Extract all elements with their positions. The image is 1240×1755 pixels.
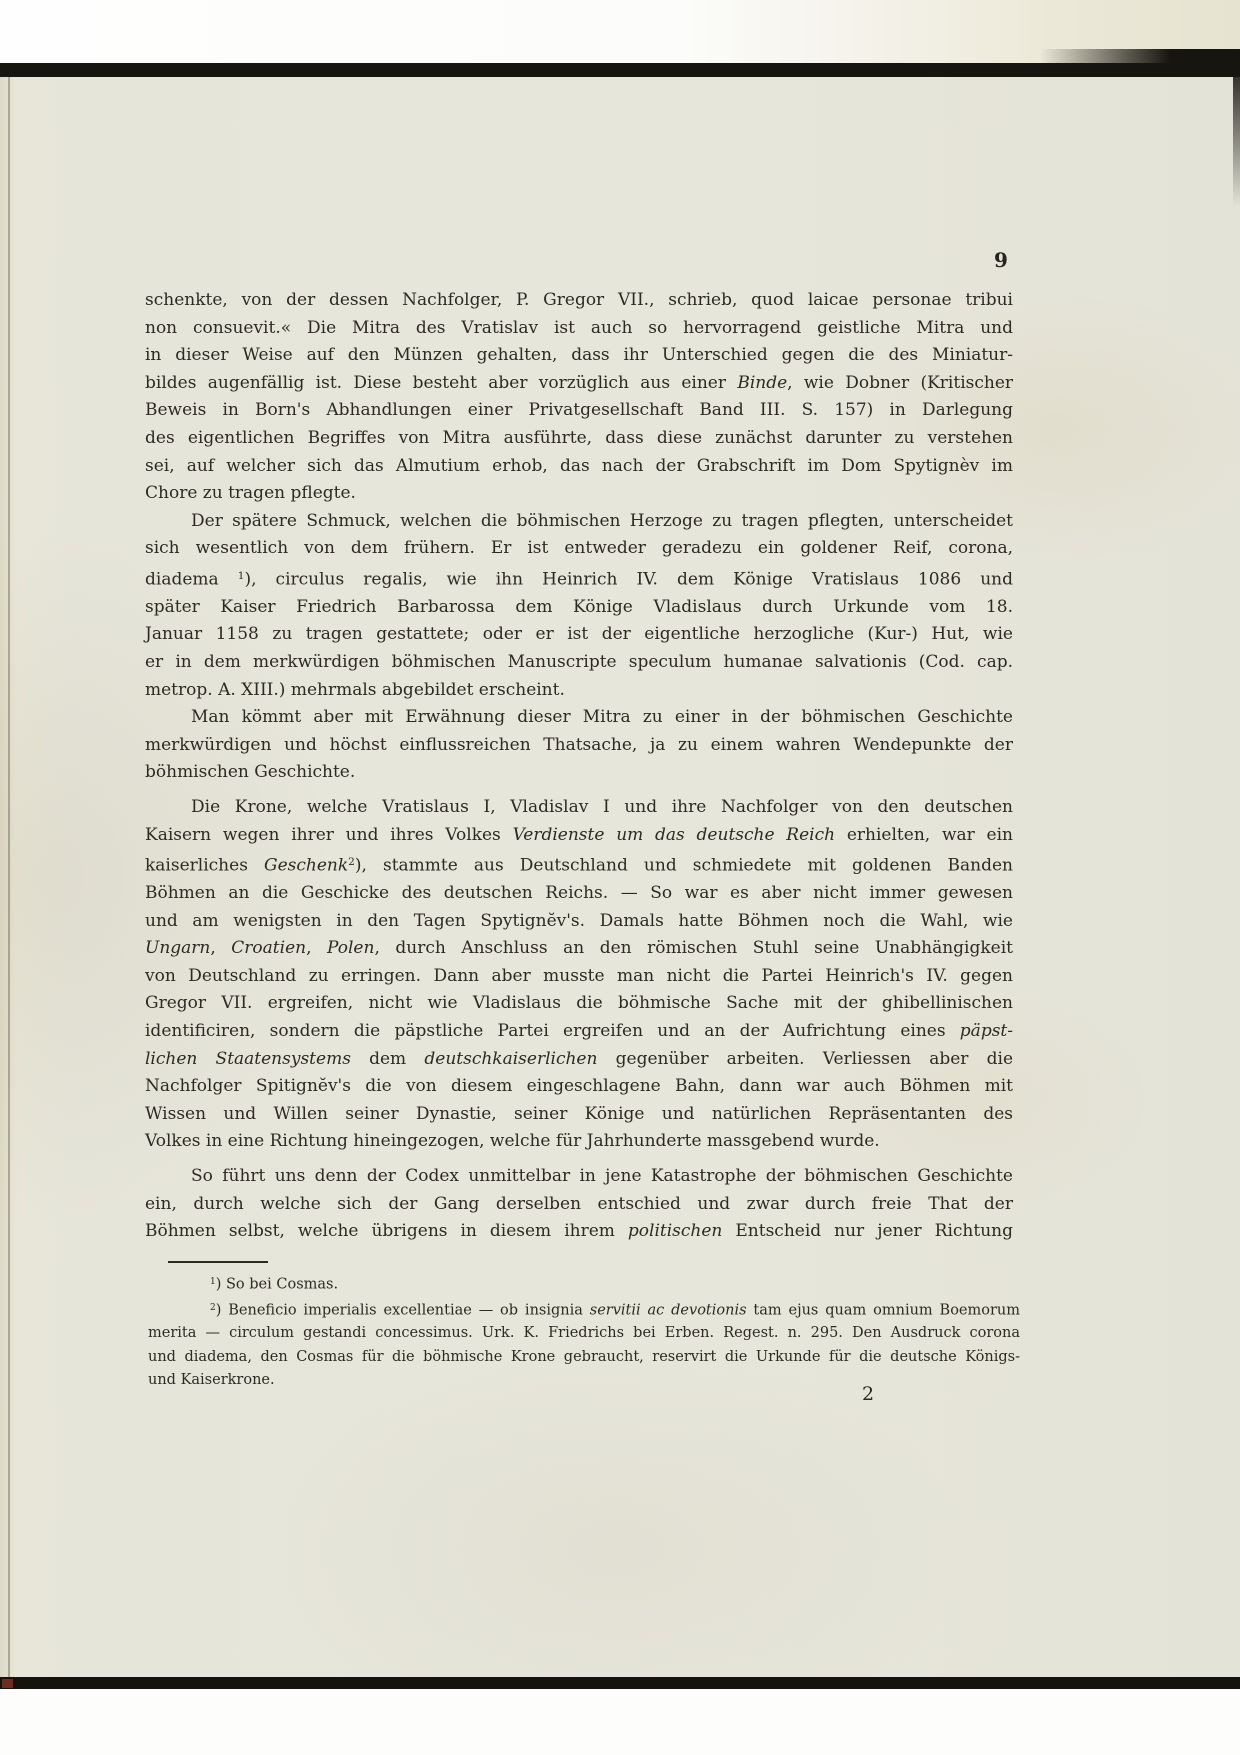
text-line: Die Krone, welche Vratislaus I, Vladisla… [145, 794, 1013, 822]
text-line: identificiren, sondern die päpstliche Pa… [145, 1018, 1013, 1046]
text-segment: gegenüber arbeiten. Verliessen aber die [597, 1049, 1013, 1069]
text-segment: Die Krone, welche Vratislaus I, Vladisla… [191, 797, 1013, 817]
text-line: von Deutschland zu erringen. Dann aber m… [145, 963, 1013, 991]
page-shadow-top [0, 63, 1240, 77]
text-line: So führt uns denn der Codex unmittelbar … [145, 1163, 1013, 1191]
text-segment: Böhmen selbst, welche übrigens in diesem… [145, 1221, 628, 1241]
text-segment: So führt uns denn der Codex unmittelbar … [191, 1166, 1013, 1186]
text-line: merkwürdigen und höchst einflussreichen … [145, 732, 1013, 760]
text-line: Chore zu tragen pflegte. [145, 480, 1013, 508]
text-segment: ), stammte aus Deutschland und schmiedet… [355, 855, 1013, 875]
text-line: Böhmen selbst, welche übrigens in diesem… [145, 1218, 1013, 1246]
spine-mark [2, 1679, 13, 1688]
text-segment: er in dem merkwürdigen böhmischen Manusc… [145, 652, 1013, 672]
text-segment: kaiserliches [145, 855, 264, 875]
text-segment: schenkte, von der dessen Nachfolger, P. … [145, 290, 1013, 310]
text-segment: Verdienste um das deutsche Reich [513, 825, 836, 845]
footnote-rule [168, 1261, 268, 1263]
text-line: merita — circulum gestandi concessimus. … [148, 1322, 1020, 1345]
text-segment: des eigentlichen Begriffes von Mitra aus… [145, 428, 1013, 448]
text-segment: ein, durch welche sich der Gang derselbe… [145, 1194, 1013, 1214]
text-segment: merita — circulum gestandi concessimus. … [148, 1325, 1020, 1341]
text-segment: böhmischen Geschichte. [145, 762, 355, 782]
text-segment: Gregor VII. ergreifen, nicht wie Vladisl… [145, 993, 1013, 1013]
text-segment: Croatien [231, 938, 306, 958]
text-segment: sich wesentlich von dem frühern. Er ist … [145, 538, 1013, 558]
footnotes-text: 1) So bei Cosmas.2) Beneficio imperialis… [148, 1271, 1020, 1392]
text-line: Januar 1158 zu tragen gestattete; oder e… [145, 621, 1013, 649]
text-segment: und diadema, den Cosmas für die böhmisch… [148, 1349, 1020, 1365]
text-segment: 2 [348, 856, 355, 868]
text-line: 1) So bei Cosmas. [148, 1271, 1020, 1297]
text-line: Ungarn, Croatien, Polen, durch Anschluss… [145, 935, 1013, 963]
text-line: diadema 1), circulus regalis, wie ihn He… [145, 563, 1013, 594]
text-segment: Der spätere Schmuck, welchen die böhmisc… [191, 511, 1013, 531]
text-line: Volkes in eine Richtung hineingezogen, w… [145, 1128, 1013, 1156]
text-line: später Kaiser Friedrich Barbarossa dem K… [145, 594, 1013, 622]
text-segment: Nachfolger Spitignĕv's die von diesem ei… [145, 1076, 1013, 1096]
text-segment: identificiren, sondern die päpstliche Pa… [145, 1021, 960, 1041]
text-segment: später Kaiser Friedrich Barbarossa dem K… [145, 597, 1013, 617]
text-line: lichen Staatensystems dem deutschkaiserl… [145, 1046, 1013, 1074]
page-right-edge-shadow [1233, 77, 1240, 207]
text-segment: und am wenigsten in den Tagen Spytignĕv'… [145, 911, 1013, 931]
text-segment: päpst- [960, 1021, 1013, 1041]
text-segment: , durch Anschluss an den römischen Stuhl… [374, 938, 1013, 958]
text-segment: und Kaiserkrone. [148, 1372, 275, 1388]
text-line: non consuevit.« Die Mitra des Vratislav … [145, 315, 1013, 343]
text-segment: , wie Dobner (Kritischer [787, 373, 1013, 393]
text-line: 2) Beneficio imperialis excellentiae — o… [148, 1297, 1020, 1323]
text-line: Beweis in Born's Abhandlungen einer Priv… [145, 397, 1013, 425]
text-line: des eigentlichen Begriffes von Mitra aus… [145, 425, 1013, 453]
text-line: sich wesentlich von dem frühern. Er ist … [145, 535, 1013, 563]
text-segment: servitii ac devotionis [590, 1302, 747, 1318]
text-segment: dem [351, 1049, 424, 1069]
text-segment: , [210, 938, 231, 958]
text-line: er in dem merkwürdigen böhmischen Manusc… [145, 649, 1013, 677]
text-segment: Polen [327, 938, 374, 958]
text-segment: merkwürdigen und höchst einflussreichen … [145, 735, 1013, 755]
text-line: Wissen und Willen seiner Dynastie, seine… [145, 1101, 1013, 1129]
text-segment: metrop. A. XIII.) mehrmals abgebildet er… [145, 680, 565, 700]
text-line: Gregor VII. ergreifen, nicht wie Vladisl… [145, 990, 1013, 1018]
text-line: böhmischen Geschichte. [145, 759, 1013, 787]
text-segment: bildes augenfällig ist. Diese besteht ab… [145, 373, 737, 393]
backdrop-bottom [0, 1689, 1240, 1755]
text-segment: lichen Staatensystems [145, 1049, 351, 1069]
text-line: ein, durch welche sich der Gang derselbe… [145, 1191, 1013, 1219]
text-line: und am wenigsten in den Tagen Spytignĕv'… [145, 908, 1013, 936]
text-line: kaiserliches Geschenk2), stammte aus Deu… [145, 849, 1013, 880]
text-line: sei, auf welcher sich das Almutium erhob… [145, 453, 1013, 481]
text-segment: ), circulus regalis, wie ihn Heinrich IV… [244, 569, 1013, 589]
text-segment: Chore zu tragen pflegte. [145, 483, 356, 503]
text-segment: Man kömmt aber mit Erwähnung dieser Mitr… [191, 707, 1013, 727]
text-line: und Kaiserkrone. [148, 1369, 1020, 1392]
page-number: 9 [994, 248, 1008, 272]
text-segment: diadema [145, 569, 238, 589]
text-line: bildes augenfällig ist. Diese besteht ab… [145, 370, 1013, 398]
text-line: Böhmen an die Geschicke des deutschen Re… [145, 880, 1013, 908]
page-left-crease [8, 77, 10, 1677]
text-segment: ) Beneficio imperialis excellentiae — ob… [216, 1302, 590, 1318]
text-line: und diadema, den Cosmas für die böhmisch… [148, 1346, 1020, 1369]
text-segment: Binde [737, 373, 787, 393]
text-segment: in dieser Weise auf den Münzen gehalten,… [145, 345, 1013, 365]
text-segment: non consuevit.« Die Mitra des Vratislav … [145, 318, 1013, 338]
text-segment: ) So bei Cosmas. [216, 1276, 338, 1292]
text-line: Nachfolger Spitignĕv's die von diesem ei… [145, 1073, 1013, 1101]
text-segment: Ungarn [145, 938, 210, 958]
text-segment: Böhmen an die Geschicke des deutschen Re… [145, 883, 1013, 903]
text-segment: erhielten, war ein [835, 825, 1013, 845]
text-segment: Entscheid nur jener Richtung [722, 1221, 1013, 1241]
text-line: Der spätere Schmuck, welchen die böhmisc… [145, 508, 1013, 536]
text-segment: deutschkaiserlichen [424, 1049, 597, 1069]
body-text: schenkte, von der dessen Nachfolger, P. … [145, 287, 1013, 1246]
text-segment: Kaisern wegen ihrer und ihres Volkes [145, 825, 513, 845]
page-shadow-bottom [0, 1677, 1240, 1689]
text-segment: Beweis in Born's Abhandlungen einer Priv… [145, 400, 1013, 420]
signature-mark: 2 [862, 1383, 874, 1405]
text-segment: Wissen und Willen seiner Dynastie, seine… [145, 1104, 1013, 1124]
text-segment: Geschenk [264, 855, 348, 875]
text-line: in dieser Weise auf den Münzen gehalten,… [145, 342, 1013, 370]
text-line: schenkte, von der dessen Nachfolger, P. … [145, 287, 1013, 315]
text-line: Kaisern wegen ihrer und ihres Volkes Ver… [145, 822, 1013, 850]
text-line: Man kömmt aber mit Erwähnung dieser Mitr… [145, 704, 1013, 732]
text-segment: von Deutschland zu erringen. Dann aber m… [145, 966, 1013, 986]
text-line: metrop. A. XIII.) mehrmals abgebildet er… [145, 677, 1013, 705]
text-segment: politischen [628, 1221, 722, 1241]
text-segment: Volkes in eine Richtung hineingezogen, w… [145, 1131, 880, 1151]
text-segment: Januar 1158 zu tragen gestattete; oder e… [145, 624, 1013, 644]
text-segment: , [306, 938, 327, 958]
text-segment: sei, auf welcher sich das Almutium erhob… [145, 456, 1013, 476]
text-segment: tam ejus quam omnium Boemorum [747, 1302, 1020, 1318]
